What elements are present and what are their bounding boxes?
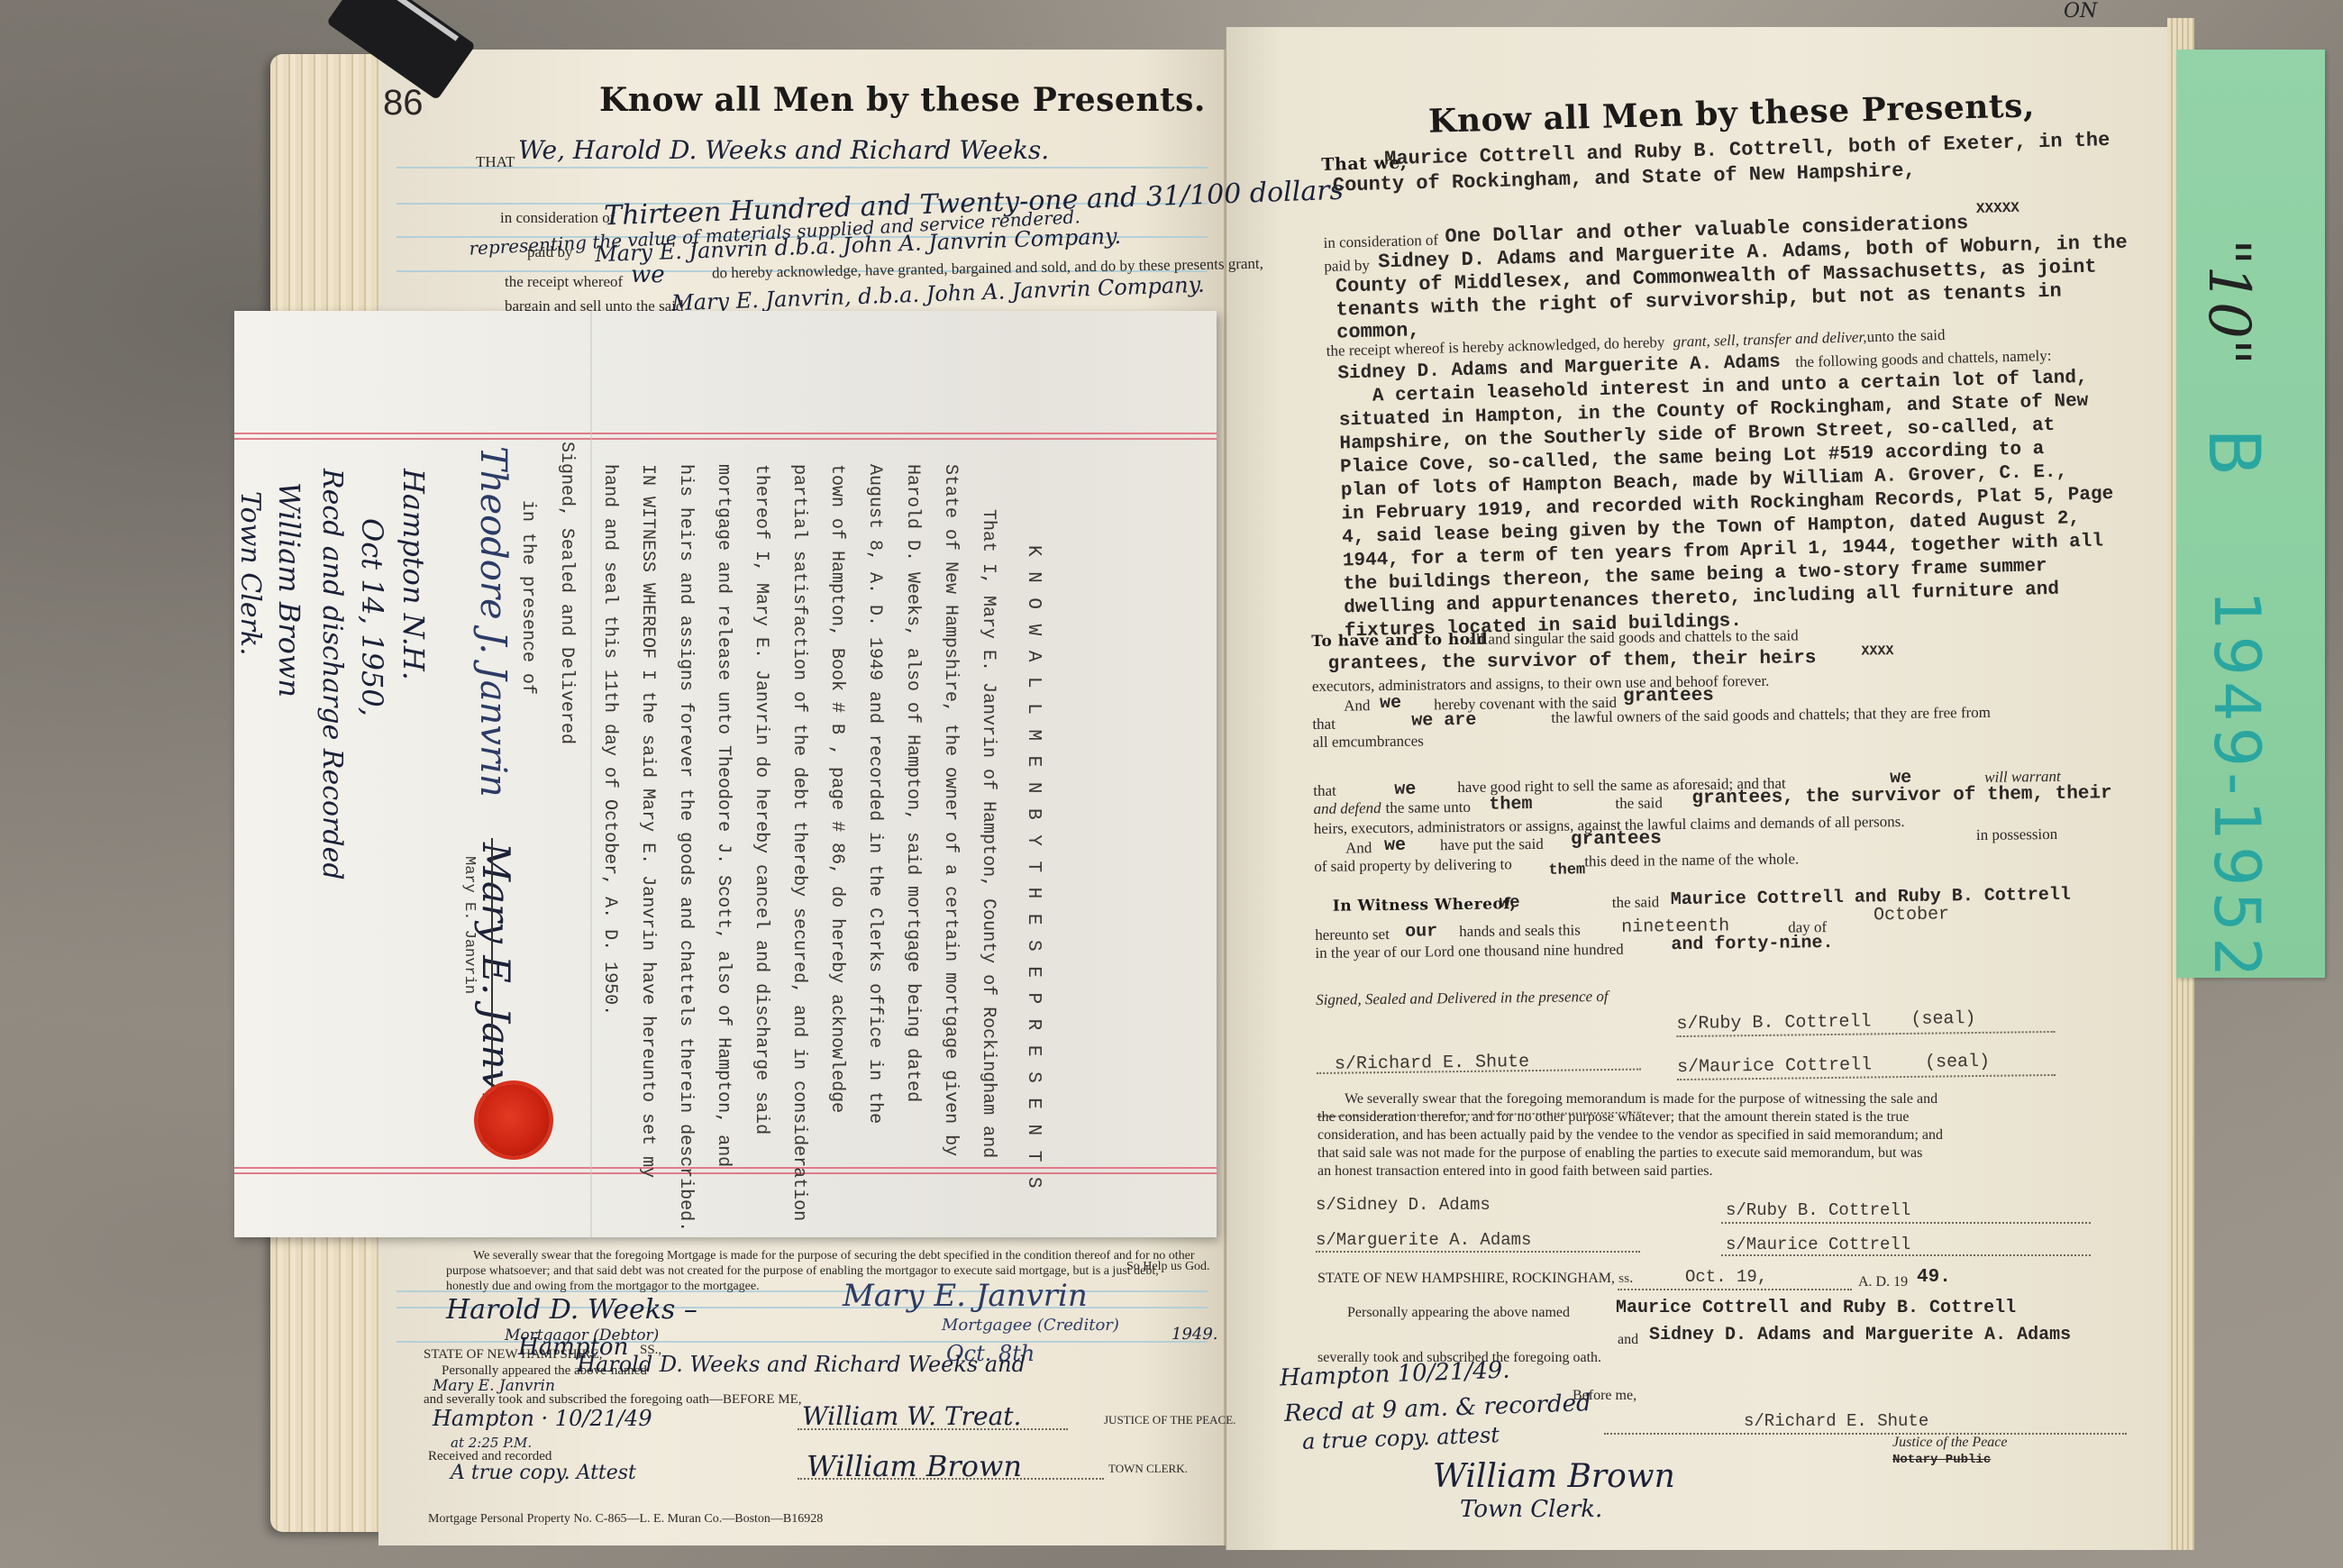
consideration-label: in consideration of [500,209,615,227]
defend-them: them [1489,794,1532,816]
defend-italic: and defend [1313,799,1381,818]
right-paid-by-label: paid by [1324,257,1370,276]
defend-said: the said [1615,794,1663,813]
swear-sig-3: s/Marguerite A. Adams [1316,1230,1531,1250]
consideration-strikeout: XXXXX [1976,200,2019,217]
slip-line-1: That I, Mary E. Janvrin of Hampton, Coun… [978,509,998,1158]
our: our [1405,921,1437,942]
paid-by-label: paid by [527,243,573,261]
slip-signature-line [491,838,493,1090]
possession-and: And [1345,839,1372,857]
slip-signed-sealed: Signed, Sealed and Delivered [556,442,577,744]
habendum-typed: grantees, the survivor of them, their he… [1327,648,1816,675]
left-heading: Know all Men by these Presents. [599,81,1206,119]
record-place-date: Hampton · 10/21/49 [433,1406,652,1431]
possession-text-3: this deed in the name of the whole. [1584,850,1799,871]
justice-label: JUSTICE OF THE PEACE. [1104,1413,1235,1427]
habendum-strikeout: XXXX [1861,643,1893,659]
notary-strikeout: Notary Public [1892,1453,1991,1467]
defend-text: the same unto [1385,798,1471,817]
slip-record-line-3: Recd and discharge Recorded [316,469,348,880]
habendum-label: To have and to hold [1311,631,1488,651]
mortgagor-signature: Harold D. Weeks – [446,1294,697,1326]
slip-record-line-5: Town Clerk. [234,491,266,656]
right-clerk-signature: William Brown [1433,1458,1675,1495]
mortgagee-role: Mortgagee (Creditor) [942,1316,1119,1335]
hereunto: hereunto set [1315,925,1390,944]
covenant-and: And [1344,697,1371,715]
appearing-names: Maurice Cottrell and Ruby B. Cottrell [1616,1298,2016,1318]
possession-them: them [1548,861,1585,879]
slip-line-11: hand and seal this 11th day of October, … [599,464,620,1016]
slip-record-line-2: Oct 14, 1950, [355,518,389,716]
slip-record-line-4: William Brown [272,482,306,697]
clerk-label: TOWN CLERK. [1108,1462,1188,1476]
swear-paragraph: We severally swear that the foregoing me… [1317,1090,2083,1181]
possession-we: we [1384,835,1406,856]
slip-witness-signature: Theodore J. Janvrin [472,446,514,798]
seal-1: (seal) [1910,1008,1975,1030]
justice-signature: William W. Treat. [802,1401,1021,1431]
form-footer: Mortgage Personal Property No. C-865—L. … [428,1512,823,1527]
encumbrances: all emcumbrances [1313,732,1424,752]
swear-line-4: that said sale was not made for the purp… [1317,1144,2083,1162]
receipt-text-2: unto the said [1866,326,1945,346]
witness-label: In Witness Whereof, [1333,895,1517,915]
slip-line-8: mortgage and release unto Theodore J. Sc… [713,464,734,1167]
oath-text: We severally swear that the foregoing Mo… [446,1248,1212,1294]
so-help-us-god: So Help us God. [1126,1260,1210,1274]
swear-line-2: the consideration therefor, and for no o… [1317,1108,2083,1126]
sig-maurice: s/Maurice Cottrell [1677,1054,1872,1078]
covenant-we: we [1380,693,1401,714]
month-value: October [1873,904,1949,925]
year-value: and forty-nine. [1671,933,1833,955]
goods-label: the following goods and chattels, namely… [1795,347,2052,371]
wax-seal-icon [478,1084,550,1156]
right-state-label: STATE OF NEW HAMPSHIRE, ROCKINGHAM, ss. [1317,1271,1633,1287]
swear-sig-2: s/Ruby B. Cottrell [1726,1200,1910,1220]
sig-ruby: s/Ruby B. Cottrell [1676,1011,1871,1035]
witness-said: the said [1612,893,1660,912]
slip-line-3: Harold D. Weeks, also of Hampton, said m… [902,464,923,1102]
oath-line-3: honestly due and owing from the mortgago… [446,1279,1212,1294]
appearing-label: Personally appearing the above named [1347,1305,1570,1321]
oath-line-2: purpose whatsoever; and that said debt w… [446,1263,1212,1279]
attest-text: A true copy. Attest [451,1462,636,1484]
slip-line-6: partial satisfaction of the debt thereby… [789,464,809,1221]
right-that: that [1313,782,1336,800]
slip-line-10: IN WITNESS WHEREOF I the said Mary E. Ja… [637,464,658,1178]
appearing-names-2: Sidney D. Adams and Marguerite A. Adams [1649,1325,2071,1345]
right-state-year: 49. [1917,1267,1951,1288]
corner-mark: ON [2064,0,2097,23]
witness-we: we [1500,892,1520,912]
slip-line-9: his heirs and assigns forever the goods … [675,464,696,1232]
right-justice-label: Justice of the Peace [1892,1435,2008,1451]
covenant-that: that [1312,716,1336,734]
seal-2: (seal) [1925,1052,1990,1073]
that-label: THAT [476,153,515,171]
covenant-grantees: grantees [1623,686,1714,707]
tab-years: 1949-1952 [2200,590,2274,983]
right-state-ad: A. D. 19 [1858,1274,1908,1290]
covenant-we-are: we are [1411,710,1476,732]
right-state-date: Oct. 19, [1685,1267,1767,1287]
page-number: 86 [383,83,424,123]
slip-heading: K N O W A L L M E N B Y T H E S E P R E … [1023,545,1044,1190]
receipt-italic: grant, sell, transfer and deliver, [1673,328,1866,351]
tab-book-letter: B [2193,428,2274,477]
possession-in: in possession [1976,825,2057,844]
that-value: We, Harold D. Weeks and Richard Weeks. [518,135,1049,165]
receipt-label: the receipt whereof [505,273,623,291]
receipt-we: we [631,261,665,288]
possession-text: have put the said [1440,835,1544,854]
right-we: we [1394,779,1416,800]
slip-line-5: town of Hampton, Book # B , page # 86, d… [826,464,847,1113]
swear-line-5: an honest transaction entered into in go… [1317,1162,2083,1181]
appearing-and: and [1618,1332,1638,1348]
signed-presence: Signed, Sealed and Delivered in the pres… [1316,988,1609,1009]
right-justice-signature: s/Richard E. Shute [1744,1411,1928,1431]
slip-line-4: August 8, A. D. 1949 and recorded in the… [864,464,885,1124]
habendum-text: all and singular the said goods and chat… [1469,626,1799,648]
possession-grantees: grantees [1571,828,1662,850]
mortgagee-signature: Mary E. Janvrin [843,1278,1088,1314]
oath-line-1: We severally swear that the foregoing Mo… [446,1248,1212,1263]
swear-sig-1: s/Sidney D. Adams [1316,1195,1491,1215]
slip-line-7: thereof I, Mary E. Janvrin do hereby can… [751,464,771,1135]
slip-line-2: State of New Hampshire, the owner of a c… [940,464,961,1156]
tab-mark: "10" [2195,239,2262,365]
swear-sig-4: s/Maurice Cottrell [1726,1235,1910,1254]
year-text: in the year of our Lord one thousand nin… [1315,941,1624,962]
slip-grantor-typed: Mary E. Janvrin [460,856,478,994]
hands-seals: hands and seals this [1459,921,1581,941]
right-clerk-title: Town Clerk. [1460,1496,1602,1523]
state-year: 1949. [1171,1325,1218,1344]
appeared-value: Harold D. Weeks and Richard Weeks and [577,1352,1026,1377]
green-index-tab: "10" B 1949-1952 [2176,50,2325,978]
slip-record-line-1: Hampton N.H. [397,469,431,680]
defend-typed: grantees, the survivor of them, their [1691,783,2112,809]
swear-line-3: consideration, and has been actually pai… [1317,1126,2083,1144]
swear-line-1: We severally swear that the foregoing me… [1317,1090,2083,1108]
slip-presence-of: in the presence of [517,500,538,695]
witness-names: Maurice Cottrell and Ruby B. Cottrell [1671,885,2071,910]
covenant-owners: the lawful owners of the said goods and … [1551,704,1991,727]
possession-text-2: of said property by delivering to [1314,855,1512,876]
